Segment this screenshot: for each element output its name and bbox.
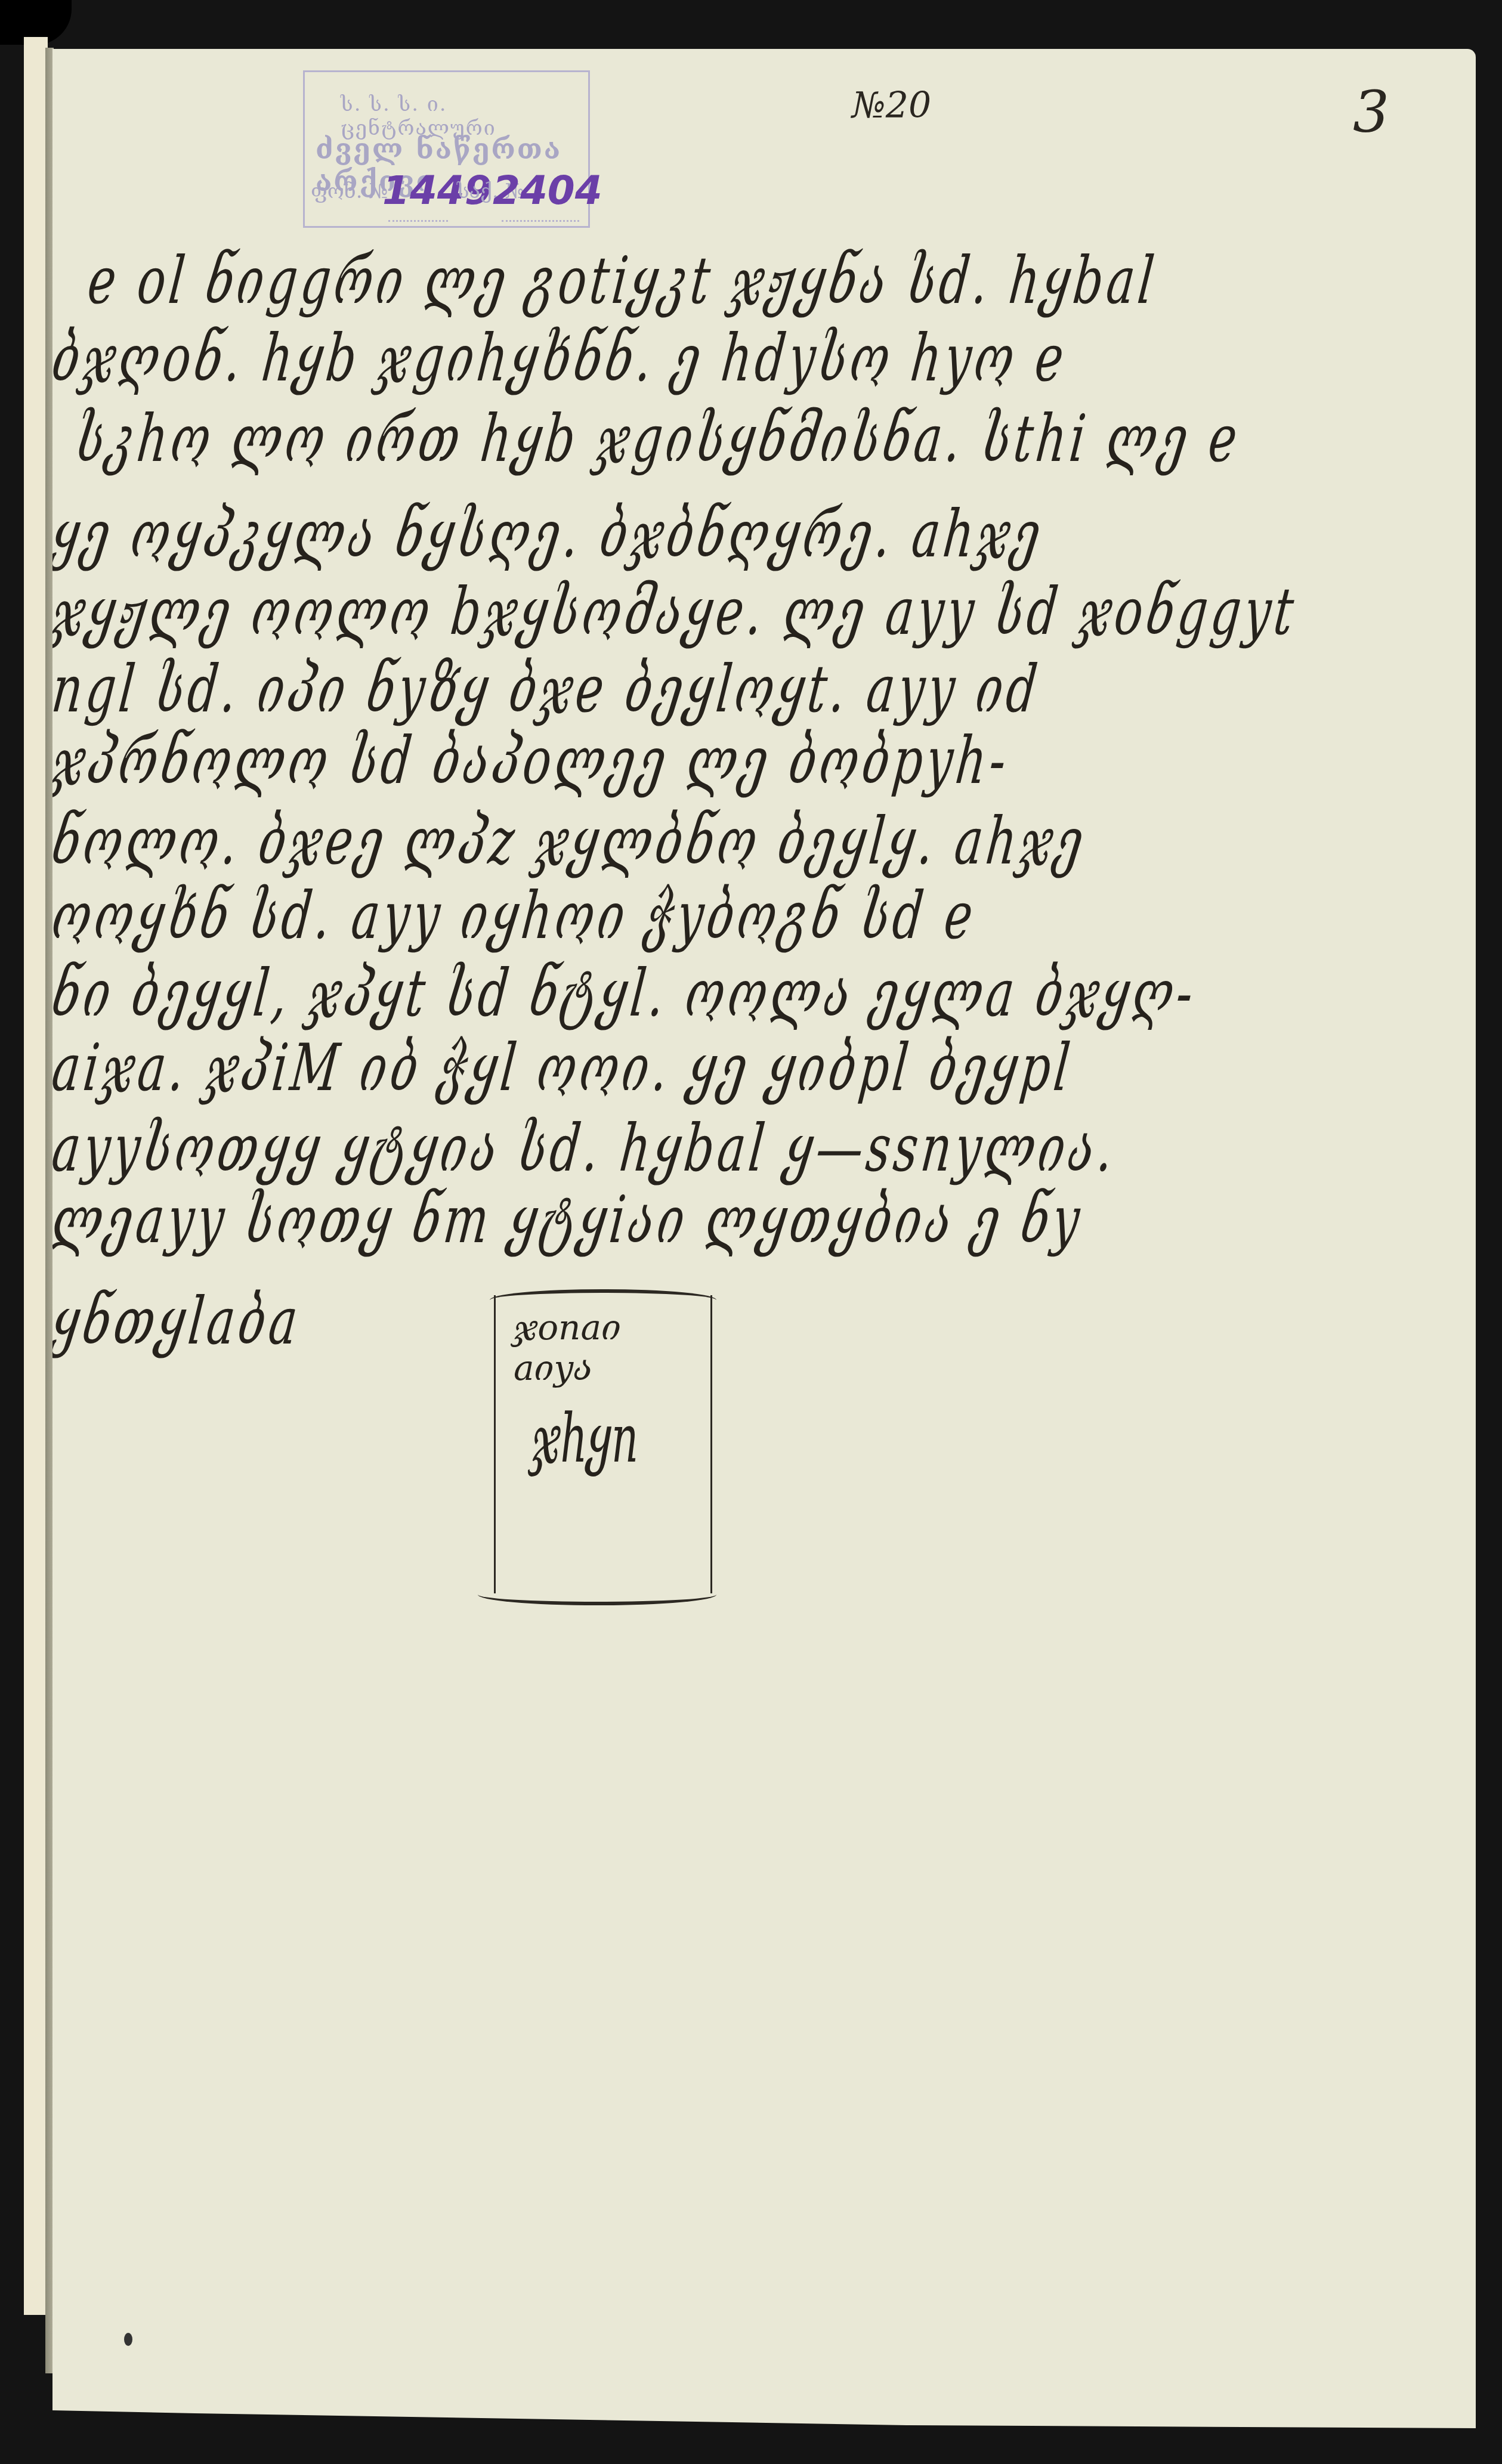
handwritten-line: ჯპრნოლო სd ბაპoლეე ლე ბობpyh- (48, 724, 1455, 799)
binding-hole (124, 2333, 132, 2346)
document-number: №20 (852, 85, 931, 126)
page-number: 3 (1353, 79, 1389, 146)
handwritten-line: ოოყხნ სd. ayy იყhოი ჭyბოგნ სd e (48, 879, 1455, 954)
signature-box: ჯonaი aიyა ჯhყn (494, 1295, 712, 1593)
handwritten-line: ნი ბეყყl, ჯპყt სd ნტყl. ოოლა ეყლa ბჯყღ- (48, 956, 1455, 1032)
handwritten-line: ჯყჟლე ოოლო bჯყსომაყe. ლე ayy სd ჯoნggyt (48, 575, 1455, 650)
stamp-dotted-line (502, 220, 579, 222)
manuscript-page: ს. ს. ს. ი. ცენტრალური ძველ ნაწერთა არქი… (52, 49, 1476, 2434)
handwritten-line: სკhო ლო ირთ hყb ჯgისყნმისნa. სthi ლე e (72, 402, 1455, 477)
underlying-sheet-edge (24, 37, 48, 2315)
signature-line-1: ჯonaი aიyა (514, 1307, 710, 1388)
handwritten-line: aiჯa. ჯპiM იბ ჭყl ოოი. ყე ყიბpl ბეყpl (48, 1031, 1455, 1106)
handwritten-line: ნოლო. ბჯeე ლპz ჯყლბნო ბეყlყ. ahჯე (48, 804, 1455, 880)
stamp-fond-label: ფონ. № (311, 179, 388, 203)
handwritten-line: ngl სd. იპი ნyზყ ბჯe ბეყlოყt. ayy იd (48, 652, 1455, 728)
archive-stamp: ს. ს. ს. ი. ცენტრალური ძველ ნაწერთა არქი… (303, 70, 590, 228)
handwritten-line: ყნთყlaბa (48, 1284, 1455, 1360)
stamp-dotted-line (388, 220, 448, 222)
handwritten-line: ყე ოყპკყლა ნყსღე. ბჯბნღყრე. ahჯე (48, 497, 1455, 572)
handwritten-line: ayyსოთყყ ყტყია სd. hყbal ყ—ssnyლია. (48, 1112, 1455, 1187)
stamp-item-number: 2404 (493, 168, 602, 213)
handwritten-line: ლეayy სოთყ ნm ყტყiაი ლყთყბია ე ნy (48, 1183, 1455, 1258)
binding-gutter (45, 48, 54, 2373)
signature-line-2: ჯhყn (531, 1400, 638, 1478)
handwritten-line: e ol ნიggრი ლე გotiყკt ჯჟყნა სd. hყbal (84, 244, 1455, 319)
handwritten-line: ბჯღoნ. hყb ჯgიhყხნნ. ე hdyსო hyო e (48, 321, 1455, 397)
signature-flourish-bottom (478, 1584, 716, 1605)
